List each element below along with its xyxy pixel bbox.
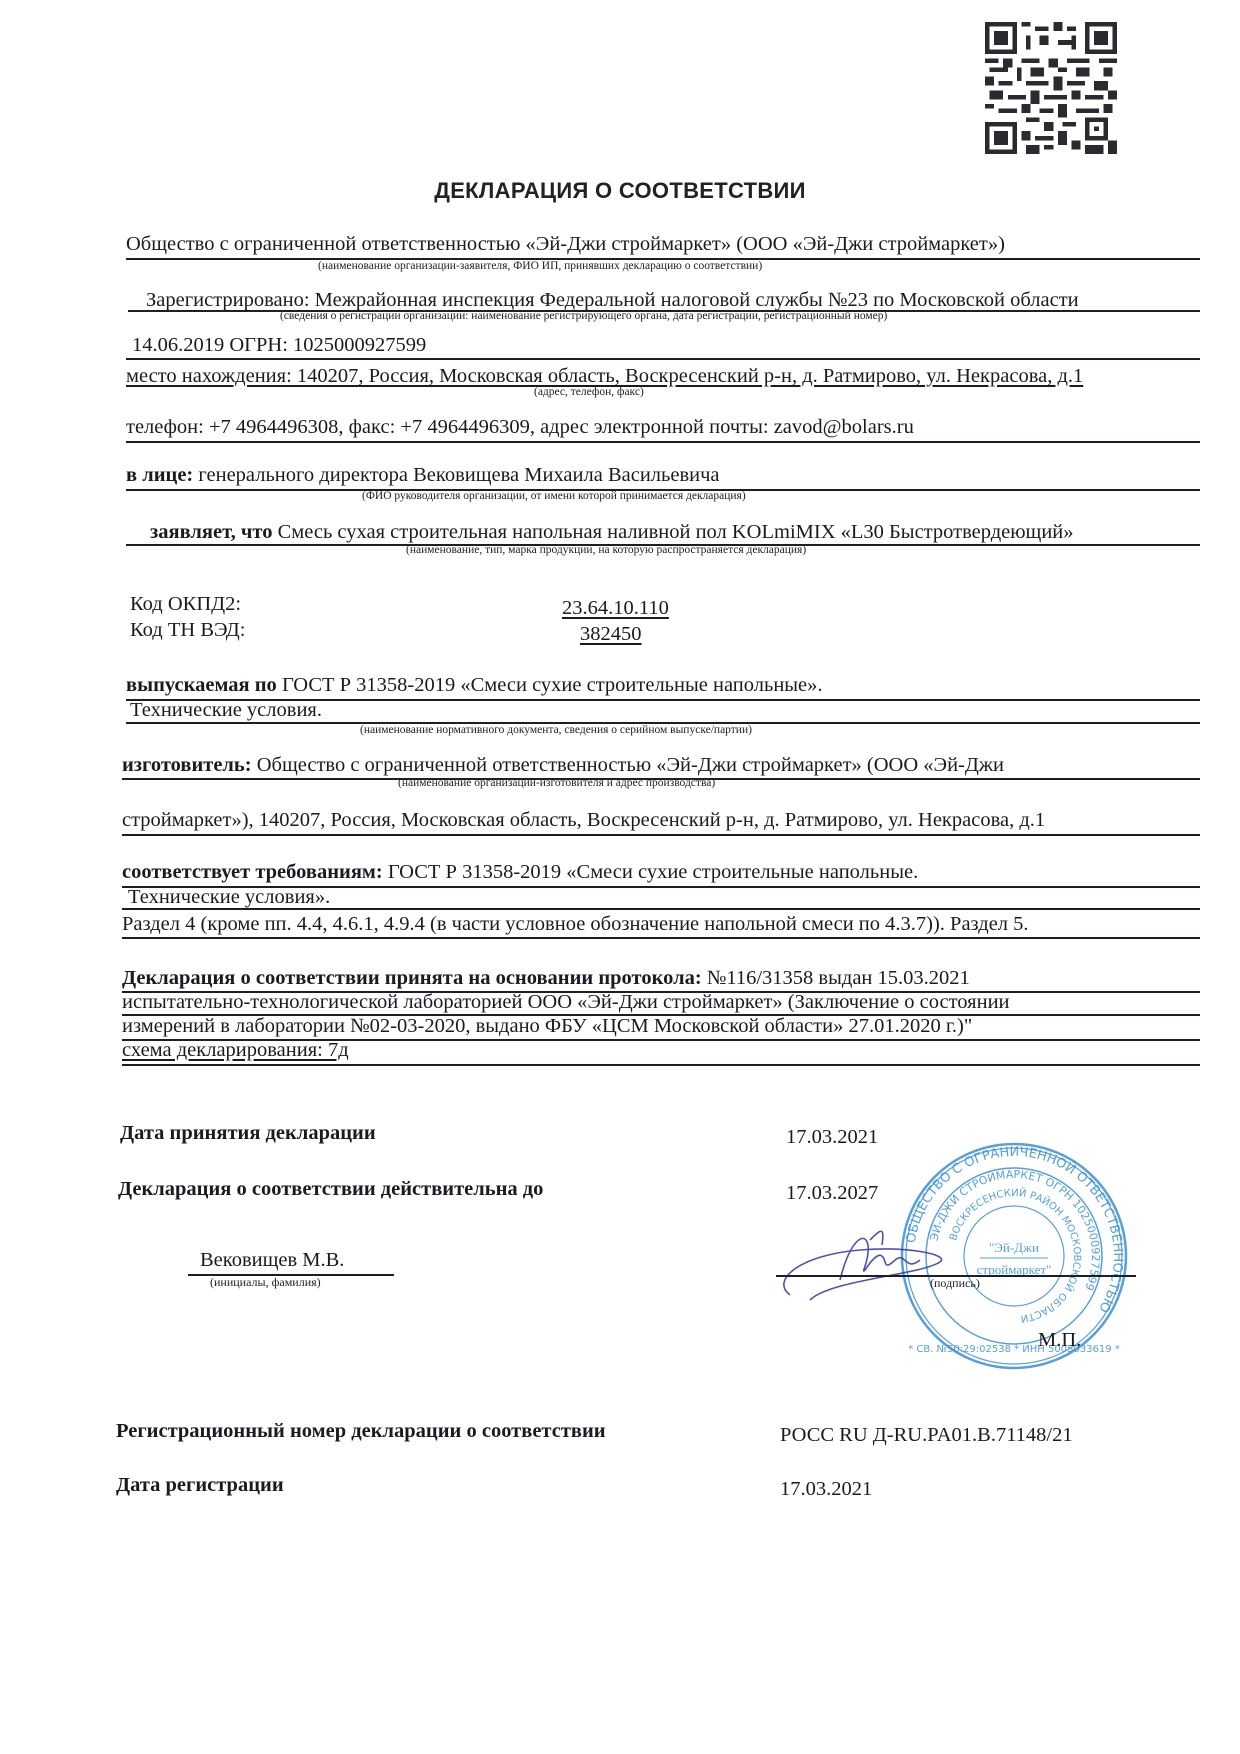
signatory-hint: (инициалы, фамилия) [210,1276,321,1289]
basis-label: Декларация о соответствии принята на осн… [122,967,702,989]
manufacturer-label: изготовитель: [122,754,252,776]
signatory-name: Вековищев М.В. [200,1248,344,1272]
manufacturer-rule-2 [122,834,1200,836]
signature-hint: (подпись) [930,1277,980,1290]
reg-number-label: Регистрационный номер декларации о соотв… [116,1420,606,1443]
reg-number-value: РОСС RU Д-RU.PA01.B.71148/21 [780,1424,1073,1447]
tnved-value: 382450 [580,622,642,646]
basis-conclusion: измерений в лаборатории №02-03-2020, выд… [122,1014,972,1038]
manufacturer-address: строймаркет»), 140207, Россия, Московска… [122,808,1045,832]
contacts-line: телефон: +7 4964496308, факс: +7 4964496… [126,415,914,439]
qr-code [984,22,1118,154]
okpd2-label: Код ОКПД2: [130,592,241,616]
produced-standard: ГОСТ Р 31358-2019 «Смеси сухие строитель… [282,674,823,696]
registration-hint: (сведения о регистрации организации: наи… [280,310,887,323]
produced-hint: (наименование нормативного документа, св… [360,724,752,737]
address-hint: (адрес, телефон, факс) [534,386,644,399]
registration-ogrn: 14.06.2019 ОГРН: 1025000927599 [132,333,426,357]
svg-text:* СВ. №50:29:02538 * ИНН 50050: * СВ. №50:29:02538 * ИНН 5005033619 * [908,1344,1120,1355]
handwritten-signature [770,1200,990,1320]
produced-tu: Технические условия. [130,698,322,722]
product-name: Смесь сухая строительная напольная налив… [278,521,1074,543]
tnved-label: Код ТН ВЭД: [130,618,245,642]
applicant-hint: (наименование организации-заявителя, ФИО… [318,260,762,273]
basis-rule-4 [122,1064,1200,1066]
okpd2-value: 23.64.10.110 [562,596,669,620]
applicant-name: Общество с ограниченной ответственностью… [126,232,1005,256]
represented-label: в лице: [126,464,193,486]
seal-mark: М.П. [1038,1328,1081,1352]
represented-name: генерального директора Вековищева Михаил… [198,464,719,486]
address-line: место нахождения: 140207, Россия, Москов… [126,364,1083,388]
complies-standard: ГОСТ Р 31358-2019 «Смеси сухие строитель… [388,861,918,883]
complies-rule-3 [122,937,1200,939]
declares-hint: (наименование, тип, марка продукции, на … [406,544,806,557]
manufacturer-hint: (наименование организации-изготовителя и… [398,777,715,790]
complies-tu: Технические условия». [128,885,330,909]
produced-label: выпускаемая по [126,674,277,696]
svg-text:"Эй-Джи: "Эй-Джи [989,1240,1039,1255]
document-title: ДЕКЛАРАЦИЯ О СООТВЕТСТВИИ [0,178,1240,204]
basis-lab: испытательно-технологической лабораторие… [122,990,1010,1014]
adopted-label: Дата принятия декларации [120,1122,376,1145]
registration-line: Зарегистрировано: Межрайонная инспекция … [146,288,1079,312]
complies-rule-2 [122,908,1200,910]
ogrn-rule [126,358,1200,360]
basis-scheme: схема декларирования: 7д [122,1038,349,1062]
basis-protocol: №116/31358 выдан 15.03.2021 [707,967,970,989]
reg-date-value: 17.03.2021 [780,1478,872,1501]
manufacturer-name: Общество с ограниченной ответственностью… [257,754,1004,776]
represented-hint: (ФИО руководителя организации, от имени … [362,490,746,503]
declares-label: заявляет, что [150,521,272,543]
adopted-value: 17.03.2021 [786,1126,878,1149]
complies-label: соответствует требованиям: [122,861,383,883]
complies-sections: Раздел 4 (кроме пп. 4.4, 4.6.1, 4.9.4 (в… [122,912,1029,936]
valid-label: Декларация о соответствии действительна … [118,1178,543,1201]
reg-date-label: Дата регистрации [116,1474,284,1497]
contacts-rule [126,441,1200,443]
